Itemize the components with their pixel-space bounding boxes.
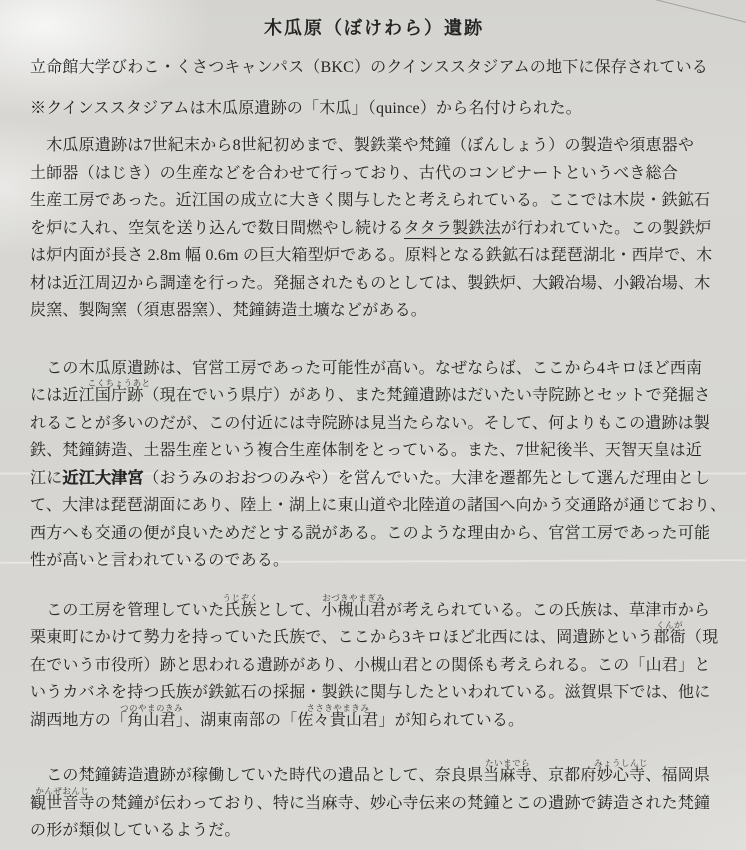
text-segment: 湖西地方の「 (30, 712, 127, 729)
text-segment: て、大津は琵琶湖面にあり、陸上・湖上に東山道や北陸道の諸国へ向かう交通路が通じて… (30, 497, 726, 514)
text-segment: を炉に入れ、空気を送り込んで数日間燃やし続ける (30, 220, 404, 237)
ruby-annotated-text: 氏族うじぞく (224, 602, 256, 619)
text-segment: の梵鐘が伝わっており、特に当麻寺、妙心寺伝来の梵鐘とこの遺跡で鋳造された梵鐘 (95, 795, 710, 812)
text-line: 生産工房であった。近江国の成立に大きく関与したと考えられている。ここでは木炭・鉄… (30, 187, 718, 215)
text-line: 性が高いと言われているのである。 (30, 547, 718, 575)
text-segment: 」、湖東南部の「 (176, 712, 298, 729)
text-segment: 」が知られている。 (378, 712, 524, 729)
text-segment: 木瓜原遺跡は7世紀末から8世紀初めまで、製鉄業や梵鐘（ぼんしょう）の製造や須恵器… (30, 137, 694, 154)
ruby-annotated-text: 妙心寺みょうしんじ (597, 767, 646, 784)
text-segment: 、京都府 (532, 767, 597, 784)
text-line: は炉内面が長さ 2.8m 幅 0.6m の巨大箱型炉である。原料となる鉄鉱石は琵… (30, 242, 718, 270)
text-line: この梵鐘鋳造遺跡が稼働していた時代の遺品として、奈良県当麻寺たいまでら、京都府妙… (30, 762, 718, 790)
text-segment: 西方へも交通の便が良いためだとする説がある。このような理由から、官営工房であった… (30, 525, 710, 542)
ruby-annotated-text: 国庁跡こくちょうあと (95, 387, 144, 404)
text-segment: この梵鐘鋳造遺跡が稼働していた時代の遺品として、奈良県 (30, 767, 483, 784)
furigana: つのやまのきみ (120, 704, 183, 713)
ruby-annotated-text: 観世音寺かんぜおんじ (30, 795, 95, 812)
text-segment: いうカバネを持つ氏族が鉄鉱石の採掘・製鉄に関与したといわれている。滋賀県下では、… (30, 684, 710, 701)
furigana: たいまでら (485, 759, 530, 768)
text-segment: 炭窯、製陶窯（須恵器窯）、梵鐘鋳造土壙などがある。 (30, 302, 427, 319)
text-line: ※クインススタジアムは木瓜原遺跡の「木瓜」（quince）から名付けられた。 (30, 95, 718, 123)
text-line: には近江国庁跡こくちょうあと（現在でいう県庁）があり、また梵鐘遺跡はだいたい寺院… (30, 382, 718, 410)
text-segment: 在でいう市役所）跡と思われる遺跡があり、小槻山君との関係も考えられる。この「山君… (30, 657, 710, 674)
text-line: 観世音寺かんぜおんじの梵鐘が伝わっており、特に当麻寺、妙心寺伝来の梵鐘とこの遺跡… (30, 790, 718, 818)
text-segment: 栗東町にかけて勢力を持っていた氏族で、ここから3キロほど北西には、岡遺跡という (30, 629, 653, 646)
paragraph-1: 木瓜原遺跡は7世紀末から8世紀初めまで、製鉄業や梵鐘（ぼんしょう）の製造や須恵器… (30, 132, 718, 325)
text-line: の形が類似しているようだ。 (30, 817, 718, 845)
paragraph-3: この工房を管理していた氏族うじぞくとして、小槻山君おづきやまぎみが考えられている… (30, 597, 718, 735)
ruby-annotated-text: 角山君つのやまのきみ (127, 712, 176, 729)
text-segment: には近江 (30, 387, 95, 404)
scanned-document-page: 木瓜原（ぼけわら）遺跡 立命館大学びわこ・くさつキャンパス（BKC）のクインスス… (0, 0, 746, 850)
intro-line: 立命館大学びわこ・くさつキャンパス（BKC）のクインススタジアムの地下に保存され… (30, 54, 718, 82)
text-segment: 江に (30, 470, 62, 487)
furigana: うじぞく (223, 594, 259, 603)
furigana: こくちょうあと (88, 379, 151, 388)
text-segment: この木瓜原遺跡は、官営工房であった可能性が高い。なぜならば、ここから4キロほど西… (30, 360, 702, 377)
text-segment: れることが多いのだが、この付近には寺院跡は見当たらない。そして、何よりもこの遺跡… (30, 415, 710, 432)
text-segment: は炉内面が長さ 2.8m 幅 0.6m の巨大箱型炉である。原料となる鉄鉱石は琵… (30, 247, 712, 264)
document-title: 木瓜原（ぼけわら）遺跡 (30, 14, 718, 43)
furigana: おづきやまぎみ (322, 594, 385, 603)
furigana: みょうしんじ (594, 759, 648, 768)
furigana: ささきやまきみ (306, 704, 369, 713)
text-line: て、大津は琵琶湖面にあり、陸上・湖上に東山道や北陸道の諸国へ向かう交通路が通じて… (30, 492, 718, 520)
text-segment: （現 (686, 629, 718, 646)
furigana: くんが (656, 621, 683, 630)
text-segment: （現在でいう県庁）があり、また梵鐘遺跡はだいたい寺院跡とセットで発掘さ (143, 387, 710, 404)
document-body: 立命館大学びわこ・くさつキャンパス（BKC）のクインススタジアムの地下に保存され… (30, 54, 718, 845)
ruby-annotated-text: 当麻寺たいまでら (483, 767, 532, 784)
underlined-text: タタラ製鉄法 (404, 220, 501, 239)
text-line: 江に近江大津宮（おうみのおおつのみや）を営んでいた。大津を遷都先として選んだ理由… (30, 465, 718, 493)
text-segment: 性が高いと言われているのである。 (30, 552, 289, 569)
text-line: 立命館大学びわこ・くさつキャンパス（BKC）のクインススタジアムの地下に保存され… (30, 54, 718, 82)
text-segment: （おうみのおおつのみや）を営んでいた。大津を遷都先として選んだ理由とし (143, 470, 710, 487)
text-line: 土師器（はじき）の生産などを合わせて行っており、古代のコンビナートというべき総合 (30, 160, 718, 188)
text-line: 炭窯、製陶窯（須恵器窯）、梵鐘鋳造土壙などがある。 (30, 297, 718, 325)
furigana: かんぜおんじ (35, 787, 89, 796)
text-segment: が考えられている。この氏族は、草津市から (386, 602, 710, 619)
paragraph-4: この梵鐘鋳造遺跡が稼働していた時代の遺品として、奈良県当麻寺たいまでら、京都府妙… (30, 762, 718, 845)
text-line: 栗東町にかけて勢力を持っていた氏族で、ここから3キロほど北西には、岡遺跡という郡… (30, 624, 718, 652)
note-line: ※クインススタジアムは木瓜原遺跡の「木瓜」（quince）から名付けられた。 (30, 95, 718, 123)
text-line: 材は近江周辺から調達を行った。発掘されたものとしては、製鉄炉、大鍛冶場、小鍛冶場… (30, 270, 718, 298)
text-segment: が行われていた。この製鉄炉 (501, 220, 712, 237)
text-line: 在でいう市役所）跡と思われる遺跡があり、小槻山君との関係も考えられる。この「山君… (30, 652, 718, 680)
text-segment: 立命館大学びわこ・くさつキャンパス（BKC）のクインススタジアムの地下に保存され… (30, 59, 708, 76)
ruby-annotated-text: 佐々貴山君ささきやまきみ (297, 712, 378, 729)
ruby-annotated-text: 小槻山君おづきやまぎみ (321, 602, 386, 619)
text-line: この工房を管理していた氏族うじぞくとして、小槻山君おづきやまぎみが考えられている… (30, 597, 718, 625)
text-segment: 鉄、梵鐘鋳造、土器生産という複合生産体制をとっている。また、7世紀後半、天智天皇… (30, 442, 702, 459)
text-segment: 土師器（はじき）の生産などを合わせて行っており、古代のコンビナートというべき総合 (30, 165, 678, 182)
text-line: 湖西地方の「角山君つのやまのきみ」、湖東南部の「佐々貴山君ささきやまきみ」が知ら… (30, 707, 718, 735)
text-segment: 近江大津宮 (62, 470, 143, 487)
text-line: を炉に入れ、空気を送り込んで数日間燃やし続けるタタラ製鉄法が行われていた。この製… (30, 215, 718, 243)
text-segment: ※クインススタジアムは木瓜原遺跡の「木瓜」（quince）から名付けられた。 (30, 100, 582, 117)
text-segment: 生産工房であった。近江国の成立に大きく関与したと考えられている。ここでは木炭・鉄… (30, 192, 710, 209)
text-line: 木瓜原遺跡は7世紀末から8世紀初めまで、製鉄業や梵鐘（ぼんしょう）の製造や須恵器… (30, 132, 718, 160)
text-segment: 、福岡県 (645, 767, 710, 784)
text-segment: の形が類似しているようだ。 (30, 822, 241, 839)
text-line: 鉄、梵鐘鋳造、土器生産という複合生産体制をとっている。また、7世紀後半、天智天皇… (30, 437, 718, 465)
text-line: 西方へも交通の便が良いためだとする説がある。このような理由から、官営工房であった… (30, 520, 718, 548)
text-segment: 材は近江周辺から調達を行った。発掘されたものとしては、製鉄炉、大鍛冶場、小鍛冶場… (30, 275, 710, 292)
text-segment: として、 (257, 602, 321, 619)
paragraph-2: この木瓜原遺跡は、官営工房であった可能性が高い。なぜならば、ここから4キロほど西… (30, 355, 718, 575)
ruby-annotated-text: 郡衙くんが (653, 629, 685, 646)
text-line: れることが多いのだが、この付近には寺院跡は見当たらない。そして、何よりもこの遺跡… (30, 410, 718, 438)
text-segment: この工房を管理していた (30, 602, 224, 619)
